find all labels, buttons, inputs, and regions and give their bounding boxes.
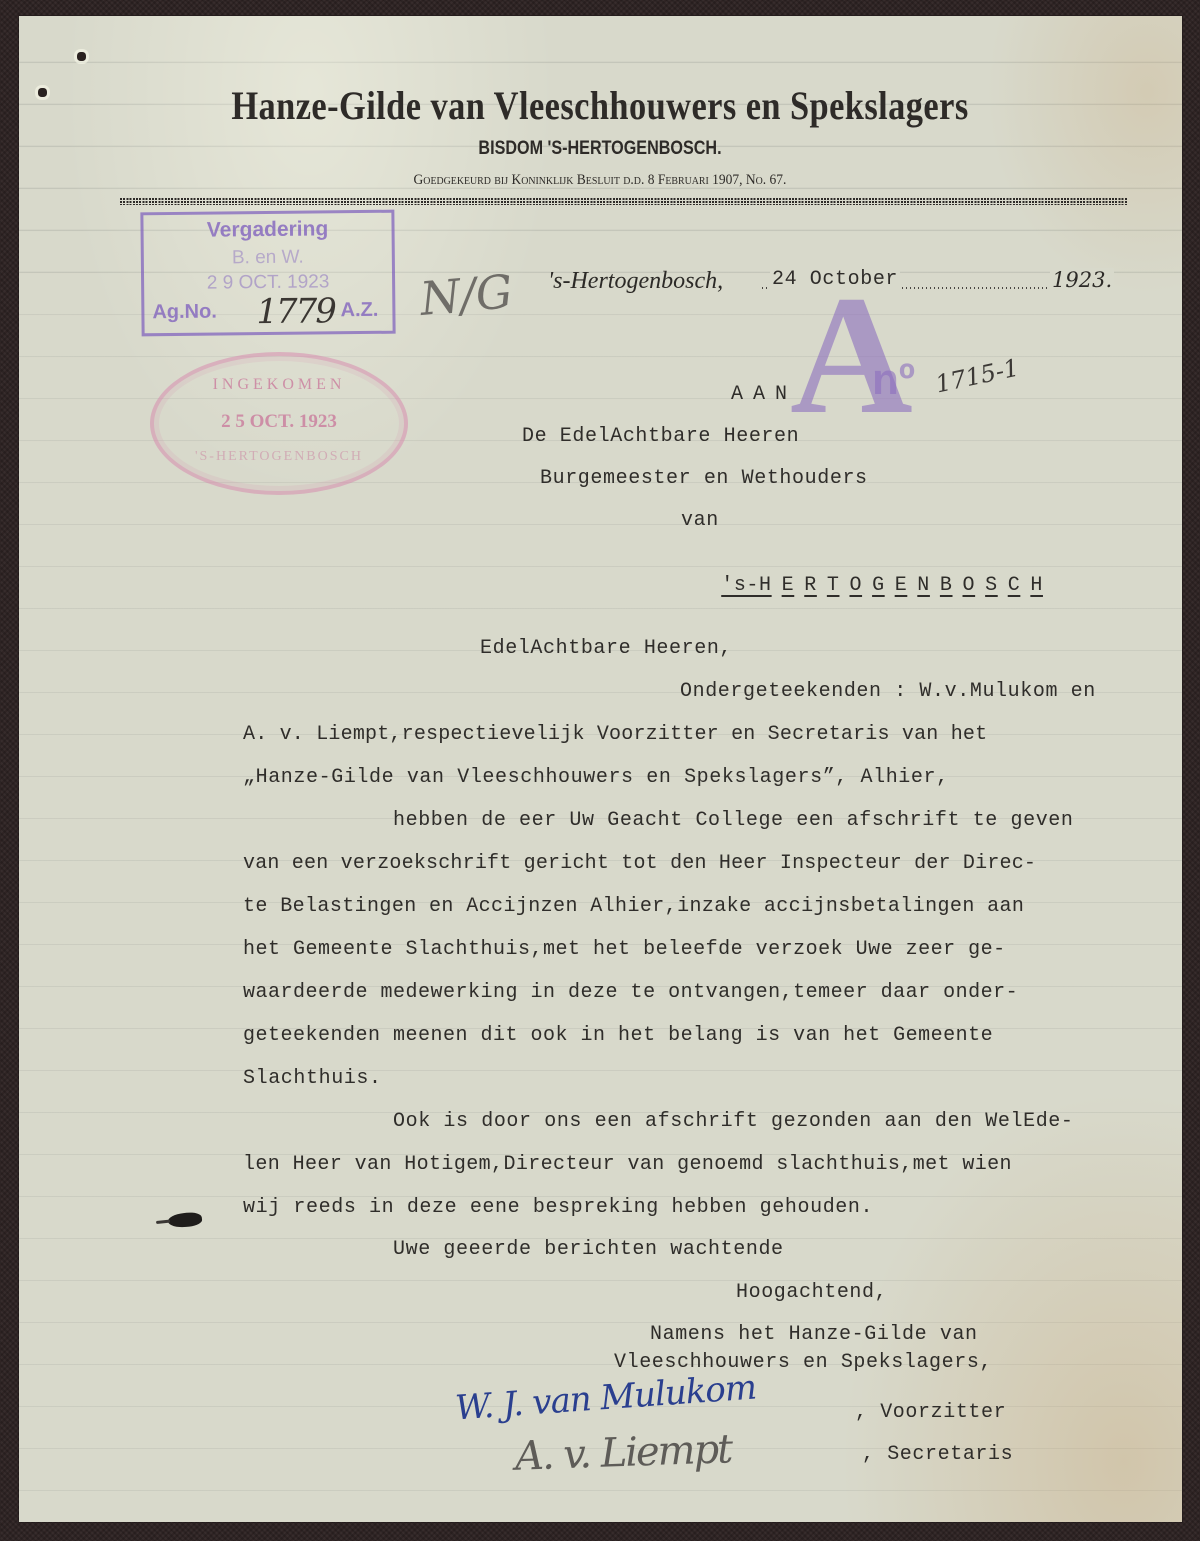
body-line: Ook is door ons een afschrift gezonden a… [393, 1110, 1074, 1133]
stamp-meeting-number: 1779 [256, 291, 335, 332]
address-city-letter: E [782, 574, 795, 597]
received-stamp-label: INGEKOMEN [154, 376, 404, 394]
signature-secretary: A. v. Liempt [514, 1426, 732, 1480]
address-aan: AAN [731, 383, 797, 406]
body-line: het Gemeente Slachthuis,met het beleefde… [243, 938, 1006, 961]
address-city-letter: T [827, 574, 840, 597]
body-line: Ondergeteekenden : W.v.Mulukom en [680, 680, 1096, 703]
punch-hole [38, 88, 47, 97]
letterhead-divider [120, 198, 1128, 205]
stamp-meeting-suffix: A.Z. [340, 299, 378, 322]
stamp-meeting-board: B. en W. [144, 246, 392, 271]
registry-stamp-no-label: nº [872, 355, 915, 405]
role-secretary: , Secretaris [862, 1443, 1013, 1466]
dateline-year: 1923. [1050, 268, 1114, 292]
meeting-stamp: Vergadering B. en W. 2 9 OCT. 1923 Ag.No… [140, 210, 395, 337]
body-line: wij reeds in deze eene bespreking hebben… [243, 1196, 873, 1219]
punch-hole [77, 52, 86, 61]
address-line-3: van [681, 509, 719, 532]
body-line: van een verzoekschrift gericht tot den H… [243, 852, 1036, 875]
role-chairman: , Voorzitter [855, 1401, 1006, 1424]
handwritten-mark: N/G [418, 264, 515, 326]
address-city-letter: N [917, 574, 930, 597]
stamp-meeting-title: Vergadering [143, 217, 391, 244]
address-city-letter: B [940, 574, 953, 597]
letterhead-title: Hanze-Gilde van Vleeschhouwers en Speksl… [84, 82, 1116, 129]
body-line: hebben de eer Uw Geacht College een afsc… [393, 809, 1074, 832]
address-city-letter: G [872, 574, 885, 597]
closing-greeting: Hoogachtend, [736, 1281, 887, 1304]
received-stamp: INGEKOMEN 2 5 OCT. 1923 'S-HERTOGENBOSCH [150, 352, 408, 495]
address-city-letter: E [895, 574, 908, 597]
received-stamp-date: 2 5 OCT. 1923 [154, 411, 404, 433]
body-line: Slachthuis. [243, 1067, 382, 1090]
address-city-letter: O [963, 574, 976, 597]
address-city: 's-HERTOGENBOSCH [696, 551, 1053, 597]
address-city-letter: C [1008, 574, 1021, 597]
letterhead-subtitle: BISDOM 'S-HERTOGENBOSCH. [90, 138, 1110, 160]
address-line-1: De EdelAchtbare Heeren [522, 425, 799, 448]
body-line: waardeerde medewerking in deze te ontvan… [243, 981, 1018, 1004]
body-line: Uwe geeerde berichten wachtende [393, 1238, 784, 1261]
letterhead-approval: Goedgekeurd bij Koninklijk Besluit d.d. … [60, 172, 1140, 189]
address-city-letter: H [1030, 574, 1043, 597]
body-line: len Heer van Hotigem,Directeur van genoe… [243, 1153, 1012, 1176]
address-city-letter: 's-H [721, 574, 771, 597]
body-line: geteekenden meenen dit ook in het belang… [243, 1024, 993, 1047]
salutation: EdelAchtbare Heeren, [480, 637, 732, 660]
body-line: A. v. Liempt,respectievelijk Voorzitter … [243, 723, 987, 746]
address-city-letter: S [985, 574, 998, 597]
address-city-letter: R [804, 574, 817, 597]
address-city-letter: O [849, 574, 862, 597]
body-line: „Hanze-Gilde van Vleeschhouwers en Speks… [243, 766, 949, 789]
received-stamp-place: 'S-HERTOGENBOSCH [154, 449, 404, 465]
closing-on-behalf-1: Namens het Hanze-Gilde van [650, 1323, 978, 1346]
body-line: te Belastingen en Accijnzen Alhier,inzak… [243, 895, 1024, 918]
address-line-2: Burgemeester en Wethouders [540, 467, 868, 490]
closing-on-behalf-2: Vleeschhouwers en Spekslagers, [614, 1351, 992, 1374]
dateline-place: 's-Hertogenbosch, [548, 268, 723, 295]
